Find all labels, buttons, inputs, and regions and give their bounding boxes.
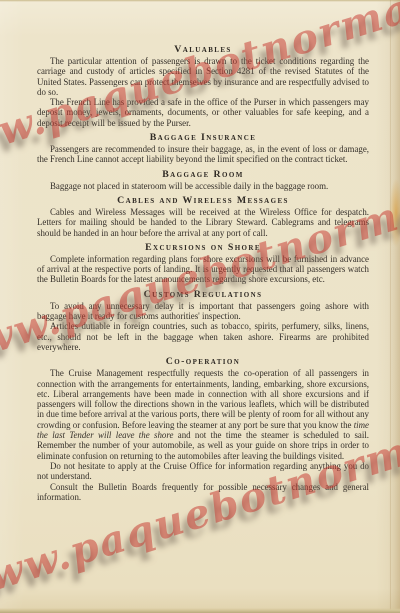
paragraph: Consult the Bulletin Boards frequently f… [37,482,369,503]
paragraph: To avoid any unnecessary delay it is imp… [37,301,369,322]
page-bottom-edge [0,608,400,613]
section-heading-cables-wireless: Cables and Wireless Messages [37,195,369,206]
section-heading-baggage-insurance: Baggage Insurance [37,132,369,143]
paragraph: Do not hesitate to apply at the Cruise O… [37,461,369,482]
paragraph: Articles dutiable in foreign countries, … [37,321,369,352]
section-heading-cooperation: Co-operation [37,356,369,367]
section-heading-excursions: Excursions on Shore [37,242,369,253]
section-heading-customs: Customs Regulations [37,289,369,300]
page-top-edge [0,0,400,2]
document-content: Valuables The particular attention of pa… [37,40,369,502]
paragraph: The Cruise Management respectfully reque… [37,368,369,461]
paragraph: Complete information regarding plans for… [37,254,369,285]
section-heading-valuables: Valuables [37,44,369,55]
document-page: Valuables The particular attention of pa… [0,0,400,613]
paragraph: Cables and Wireless Messages will be rec… [37,207,369,238]
paragraph-text: The Cruise Management respectfully reque… [37,368,369,429]
section-heading-baggage-room: Baggage Room [37,169,369,180]
paragraph: The French Line has provided a safe in t… [37,97,369,128]
paragraph: Baggage not placed in stateroom will be … [37,181,369,191]
paragraph: The particular attention of passengers i… [37,56,369,97]
paragraph: Passengers are recommended to insure the… [37,144,369,165]
page-crease-line [390,0,391,613]
